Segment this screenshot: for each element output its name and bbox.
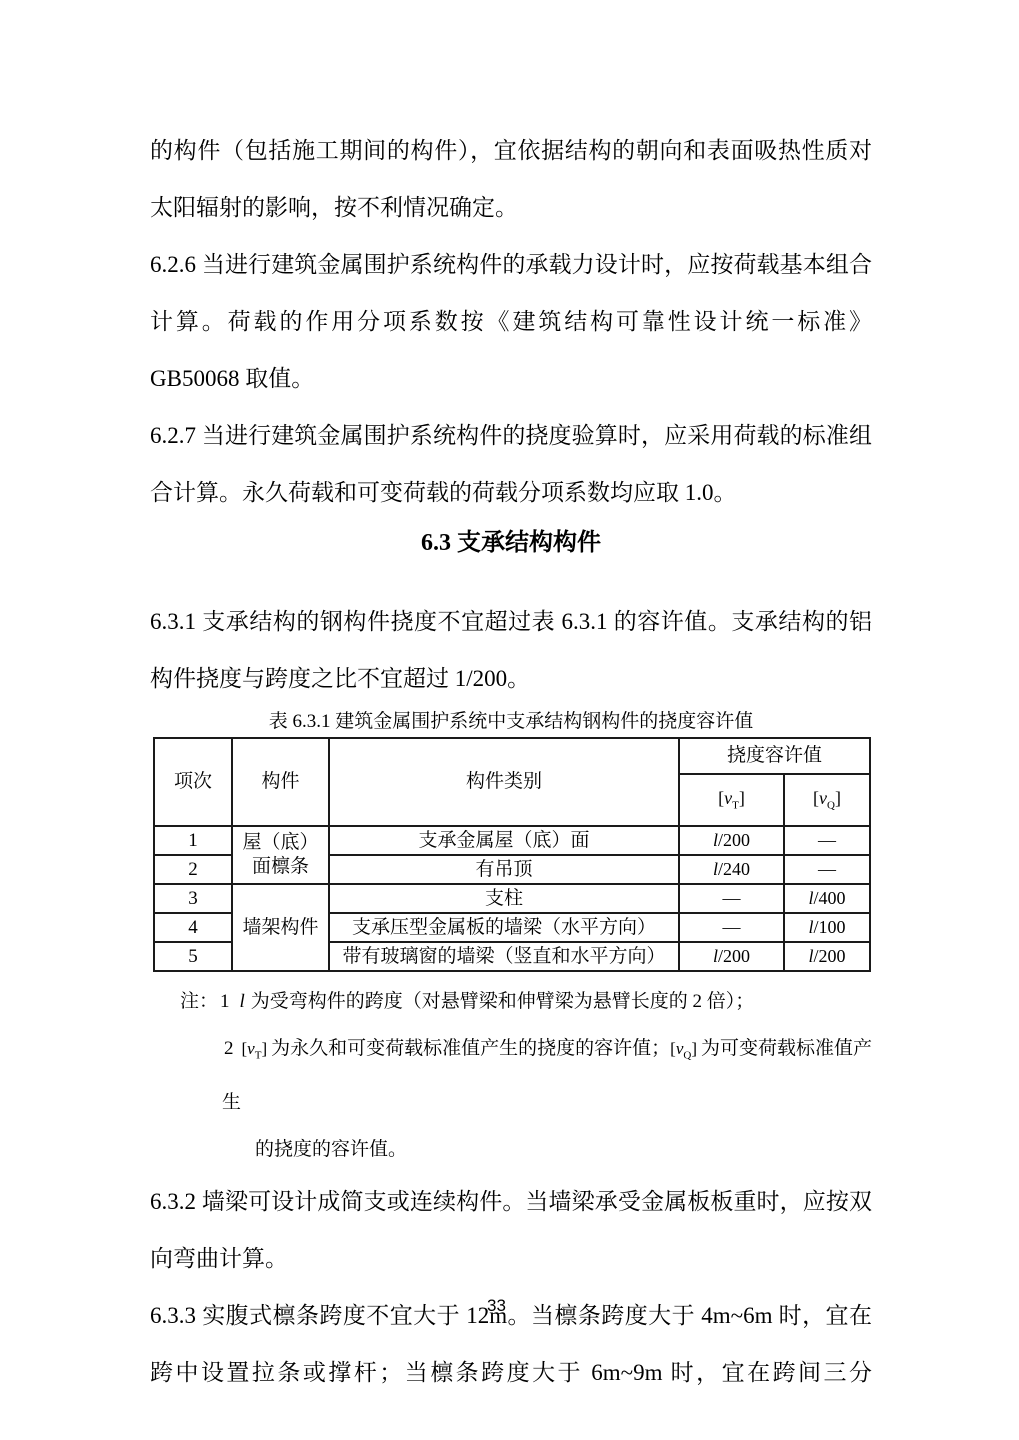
table-note-1: 注：1l为受弯构件的跨度（对悬臂梁和伸臂梁为悬臂长度的 2 倍）； xyxy=(150,978,872,1025)
table-notes: 注：1l为受弯构件的跨度（对悬臂梁和伸臂梁为悬臂长度的 2 倍）； 2[vT]为… xyxy=(150,978,872,1173)
cell-vq: l/200 xyxy=(784,942,870,971)
deflection-table: 项次 构件 构件类别 挠度容许值 [vT] [vQ] 1 屋（底）面檩条 支承金… xyxy=(153,737,871,972)
cell-vt: — xyxy=(679,913,784,942)
cell-vt: l/200 xyxy=(679,826,784,855)
document-page: 的构件（包括施工期间的构件），宜依据结构的朝向和表面吸热性质对太阳辐射的影响，按… xyxy=(0,0,1019,1440)
paragraph-6-2-7: 6.2.7 当进行建筑金属围护系统构件的挠度验算时，应采用荷载的标准组合计算。永… xyxy=(150,407,872,521)
paragraph-continuation: 的构件（包括施工期间的构件），宜依据结构的朝向和表面吸热性质对太阳辐射的影响，按… xyxy=(150,122,872,236)
table-caption: 表 6.3.1 建筑金属围护系统中支承结构钢构件的挠度容许值 xyxy=(150,707,872,737)
cell-vt: l/240 xyxy=(679,855,784,884)
cell-no: 1 xyxy=(154,826,232,855)
cell-category: 带有玻璃窗的墙梁（竖直和水平方向） xyxy=(329,942,679,971)
cell-member-roof-purlin: 屋（底）面檩条 xyxy=(232,826,329,884)
page-number: 33 xyxy=(0,1296,993,1316)
page-content: 的构件（包括施工期间的构件），宜依据结构的朝向和表面吸热性质对太阳辐射的影响，按… xyxy=(150,122,872,1401)
cell-category: 支柱 xyxy=(329,884,679,913)
header-member: 构件 xyxy=(232,738,329,826)
cell-vq: — xyxy=(784,826,870,855)
cell-no: 4 xyxy=(154,913,232,942)
cell-no: 5 xyxy=(154,942,232,971)
table-row: 3 墙架构件 支柱 — l/400 xyxy=(154,884,870,913)
table-note-2: 2[vT]为永久和可变荷载标准值产生的挠度的容许值；[vQ]为可变荷载标准值产生 xyxy=(150,1025,872,1126)
cell-vq: l/400 xyxy=(784,884,870,913)
header-vq: [vQ] xyxy=(784,774,870,826)
header-vt: [vT] xyxy=(679,774,784,826)
cell-category: 有吊顶 xyxy=(329,855,679,884)
header-deflection-group: 挠度容许值 xyxy=(679,738,870,774)
paragraph-6-2-6: 6.2.6 当进行建筑金属围护系统构件的承载力设计时，应按荷载基本组合计算。荷载… xyxy=(150,236,872,407)
cell-no: 3 xyxy=(154,884,232,913)
cell-category: 支承金属屋（底）面 xyxy=(329,826,679,855)
section-heading-6-3: 6.3 支承结构构件 xyxy=(150,521,872,565)
header-item-no: 项次 xyxy=(154,738,232,826)
header-category: 构件类别 xyxy=(329,738,679,826)
cell-vq: — xyxy=(784,855,870,884)
cell-member-wall-frame: 墙架构件 xyxy=(232,884,329,971)
table-note-2-cont: 的挠度的容许值。 xyxy=(150,1126,872,1173)
paragraph-6-3-1: 6.3.1 支承结构的钢构件挠度不宜超过表 6.3.1 的容许值。支承结构的铝构… xyxy=(150,593,872,707)
cell-vt: — xyxy=(679,884,784,913)
cell-vt: l/200 xyxy=(679,942,784,971)
table-header-row-1: 项次 构件 构件类别 挠度容许值 xyxy=(154,738,870,774)
cell-vq: l/100 xyxy=(784,913,870,942)
paragraph-6-3-2: 6.3.2 墙梁可设计成简支或连续构件。当墙梁承受金属板板重时，应按双向弯曲计算… xyxy=(150,1173,872,1287)
cell-category: 支承压型金属板的墙梁（水平方向） xyxy=(329,913,679,942)
cell-no: 2 xyxy=(154,855,232,884)
table-row: 1 屋（底）面檩条 支承金属屋（底）面 l/200 — xyxy=(154,826,870,855)
